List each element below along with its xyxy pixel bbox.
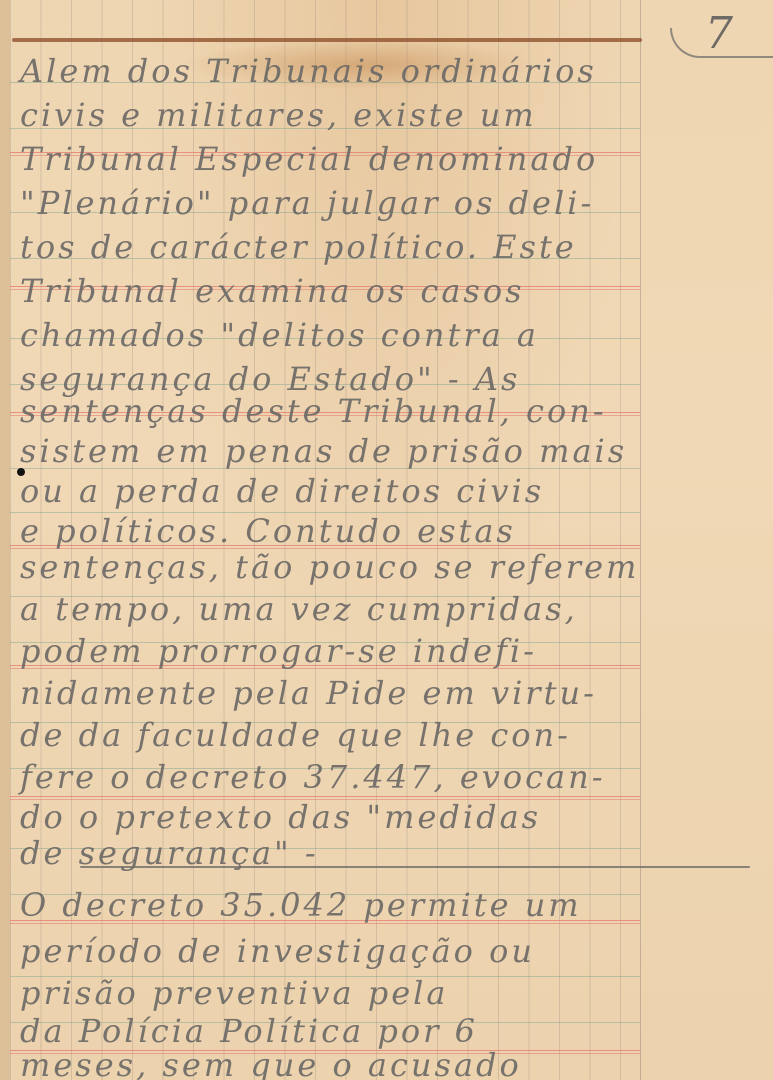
text-line: sistem em penas de prisão mais [20,432,770,470]
text-line: a tempo, uma vez cumpridas, [20,590,770,628]
text-line: ou a perda de direitos civis [20,472,770,510]
text-line: fere o decreto 37.447, evocan- [20,758,770,796]
text-line: prisão preventiva pela [20,974,770,1012]
notebook-page: 7 Alem dos Tribunais ordinários civis e … [0,0,773,1080]
text-line: O decreto 35.042 permite um [20,886,770,924]
text-line: de da faculdade que lhe con- [20,716,770,754]
page-edge [0,0,10,1080]
text-line: sentenças deste Tribunal, con- [20,392,770,430]
text-line: nidamente pela Pide em virtu- [20,674,770,712]
text-line: podem prorrogar-se indefi- [20,632,770,670]
text-line: meses, sem que o acusado [20,1046,770,1080]
text-line: tos de carácter político. Este [20,228,770,266]
text-line: chamados "delitos contra a [20,316,770,354]
text-line: e políticos. Contudo estas [20,512,770,550]
text-line: civis e militares, existe um [20,96,770,134]
text-line: da Polícia Política por 6 [20,1012,770,1050]
section-divider [80,866,750,868]
text-line: Tribunal examina os casos [20,272,770,310]
text-line: sentenças, tão pouco se referem [20,548,770,586]
text-line: Tribunal Especial denominado [20,140,770,178]
text-line: Alem dos Tribunais ordinários [20,52,770,90]
ruled-line-red [10,796,640,797]
text-line: "Plenário" para julgar os deli- [20,184,770,222]
text-line: do o pretexto das "medidas [20,798,770,836]
text-line: período de investigação ou [20,932,770,970]
